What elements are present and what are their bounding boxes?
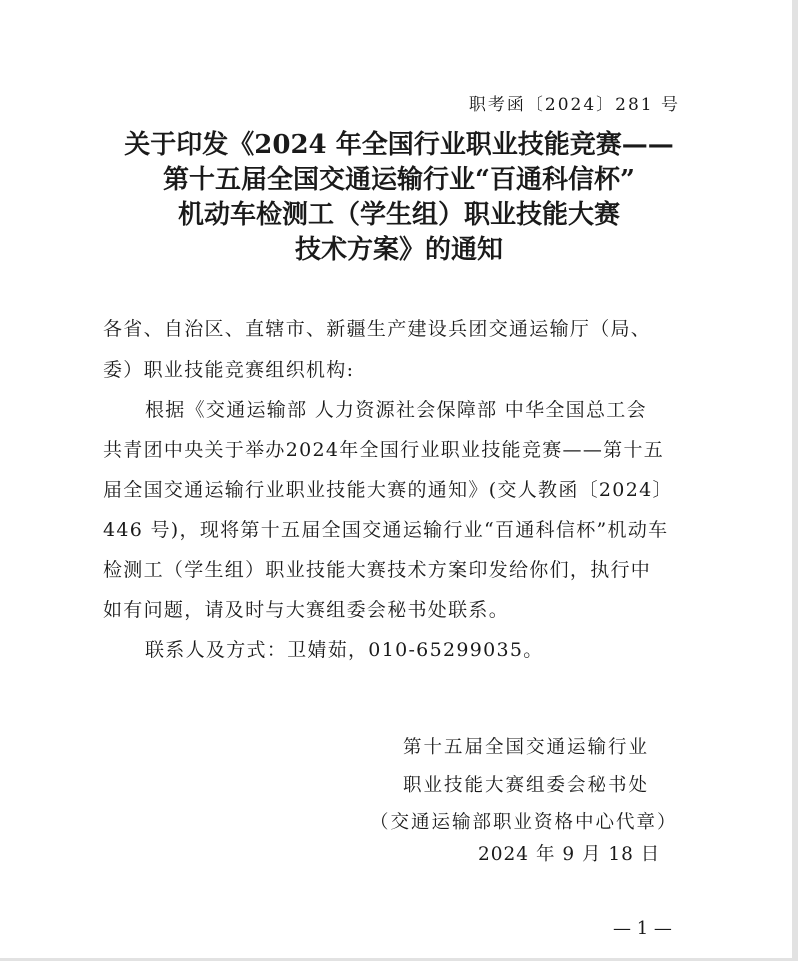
body-paragraph-line-3: 届全国交通运输行业职业技能大赛的通知》(交人教函〔2024〕 xyxy=(103,475,673,502)
document-page: 职考函〔2024〕281 号 关于印发《2024 年全国行业职业技能竞赛—— 第… xyxy=(0,0,792,958)
salutation-line-1: 各省、自治区、直辖市、新疆生产建设兵团交通运输厅（局、 xyxy=(103,314,651,341)
signature-line-2: 职业技能大赛组委会秘书处 xyxy=(403,771,649,797)
body-paragraph-line-2: 共青团中央关于举办2024年全国行业职业技能竞赛——第十五 xyxy=(103,435,664,462)
title-line-4: 技术方案》的通知 xyxy=(0,233,798,268)
contact-line: 联系人及方式：卫婧茹，010-65299035。 xyxy=(103,635,544,662)
title-line-3: 机动车检测工（学生组）职业技能大赛 xyxy=(0,198,798,233)
page-number: — 1 — xyxy=(613,918,672,939)
document-title: 关于印发《2024 年全国行业职业技能竞赛—— 第十五届全国交通运输行业“百通科… xyxy=(0,128,798,268)
body-paragraph-line-6: 如有问题，请及时与大赛组委会秘书处联系。 xyxy=(103,595,509,622)
title-line-2: 第十五届全国交通运输行业“百通科信杯” xyxy=(0,163,798,198)
document-number: 职考函〔2024〕281 号 xyxy=(469,90,680,115)
title-line-1: 关于印发《2024 年全国行业职业技能竞赛—— xyxy=(0,128,798,163)
body-paragraph-line-1: 根据《交通运输部 人力资源社会保障部 中华全国总工会 xyxy=(103,395,647,422)
body-paragraph-line-4: 446 号)，现将第十五届全国交通运输行业“百通科信杯”机动车 xyxy=(103,515,668,542)
signature-line-1: 第十五届全国交通运输行业 xyxy=(403,733,649,759)
signature-date: 2024 年 9 月 18 日 xyxy=(478,840,660,866)
salutation-line-2: 委）职业技能竞赛组织机构: xyxy=(103,355,354,382)
body-paragraph-line-5: 检测工（学生组）职业技能大赛技术方案印发给你们，执行中 xyxy=(103,555,651,582)
signature-line-3: （交通运输部职业资格中心代章） xyxy=(370,808,678,834)
